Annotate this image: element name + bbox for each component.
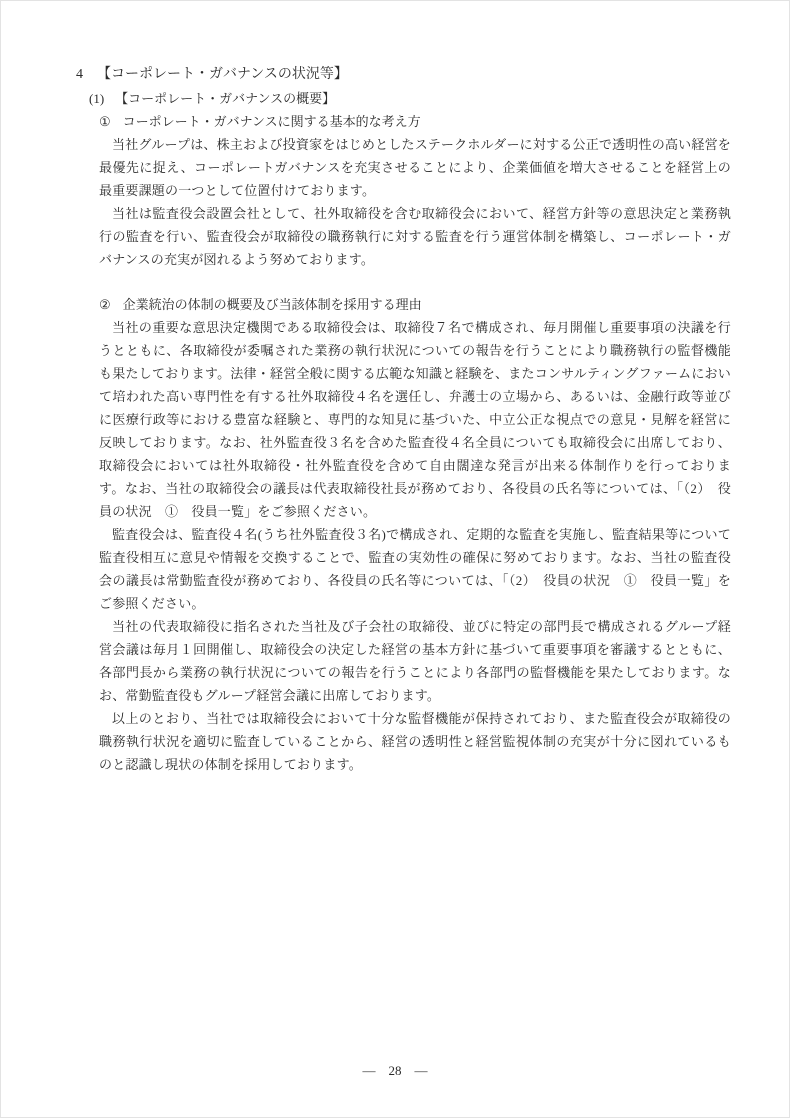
paragraph: 当社グループは、株主および投資家をはじめとしたステークホルダーに対する公正で透明… [99,133,731,202]
document-content: 4【コーポレート・ガバナンスの状況等】 (1)【コーポレート・ガバナンスの概要】… [76,63,731,776]
subsection-marker: ① [99,110,111,133]
paragraph: 当社の代表取締役に指名された当社及び子会社の取締役、並びに特定の部門長で構成され… [99,615,731,707]
subsection-governance-structure: ②企業統治の体制の概要及び当該体制を採用する理由 当社の重要な意思決定機関である… [76,293,731,776]
subsection-heading: ②企業統治の体制の概要及び当該体制を採用する理由 [99,293,731,316]
subsection-body: 当社の重要な意思決定機関である取締役会は、取締役７名で構成され、毎月開催し重要事… [99,316,731,776]
subsection-basic-policy: ①コーポレート・ガバナンスに関する基本的な考え方 当社グループは、株主および投資… [76,110,731,271]
section-heading: (1)【コーポレート・ガバナンスの概要】 [89,87,731,110]
subsection-heading-text: 企業統治の体制の概要及び当該体制を採用する理由 [123,297,422,312]
subsection-body: 当社グループは、株主および投資家をはじめとしたステークホルダーに対する公正で透明… [99,133,731,271]
document-page: 4【コーポレート・ガバナンスの状況等】 (1)【コーポレート・ガバナンスの概要】… [0,0,790,1118]
subsection-heading: ①コーポレート・ガバナンスに関する基本的な考え方 [99,110,731,133]
section-title: 【コーポレート・ガバナンスの概要】 [115,91,335,106]
chapter-title: 【コーポレート・ガバナンスの状況等】 [97,67,348,82]
paragraph: 監査役会は、監査役４名(うち社外監査役３名)で構成され、定期的な監査を実施し、監… [99,523,731,615]
section-number: (1) [89,87,104,110]
subsection-heading-text: コーポレート・ガバナンスに関する基本的な考え方 [123,114,421,129]
subsection-marker: ② [99,293,111,316]
paragraph: 当社は監査役会設置会社として、社外取締役を含む取締役会において、経営方針等の意思… [99,202,731,271]
paragraph: 当社の重要な意思決定機関である取締役会は、取締役７名で構成され、毎月開催し重要事… [99,316,731,523]
paragraph: 以上のとおり、当社では取締役会において十分な監督機能が保持されており、また監査役… [99,707,731,776]
chapter-number: 4 [76,63,83,87]
chapter-heading: 4【コーポレート・ガバナンスの状況等】 [76,63,731,87]
page-number-footer: ― 28 ― [1,1061,789,1081]
